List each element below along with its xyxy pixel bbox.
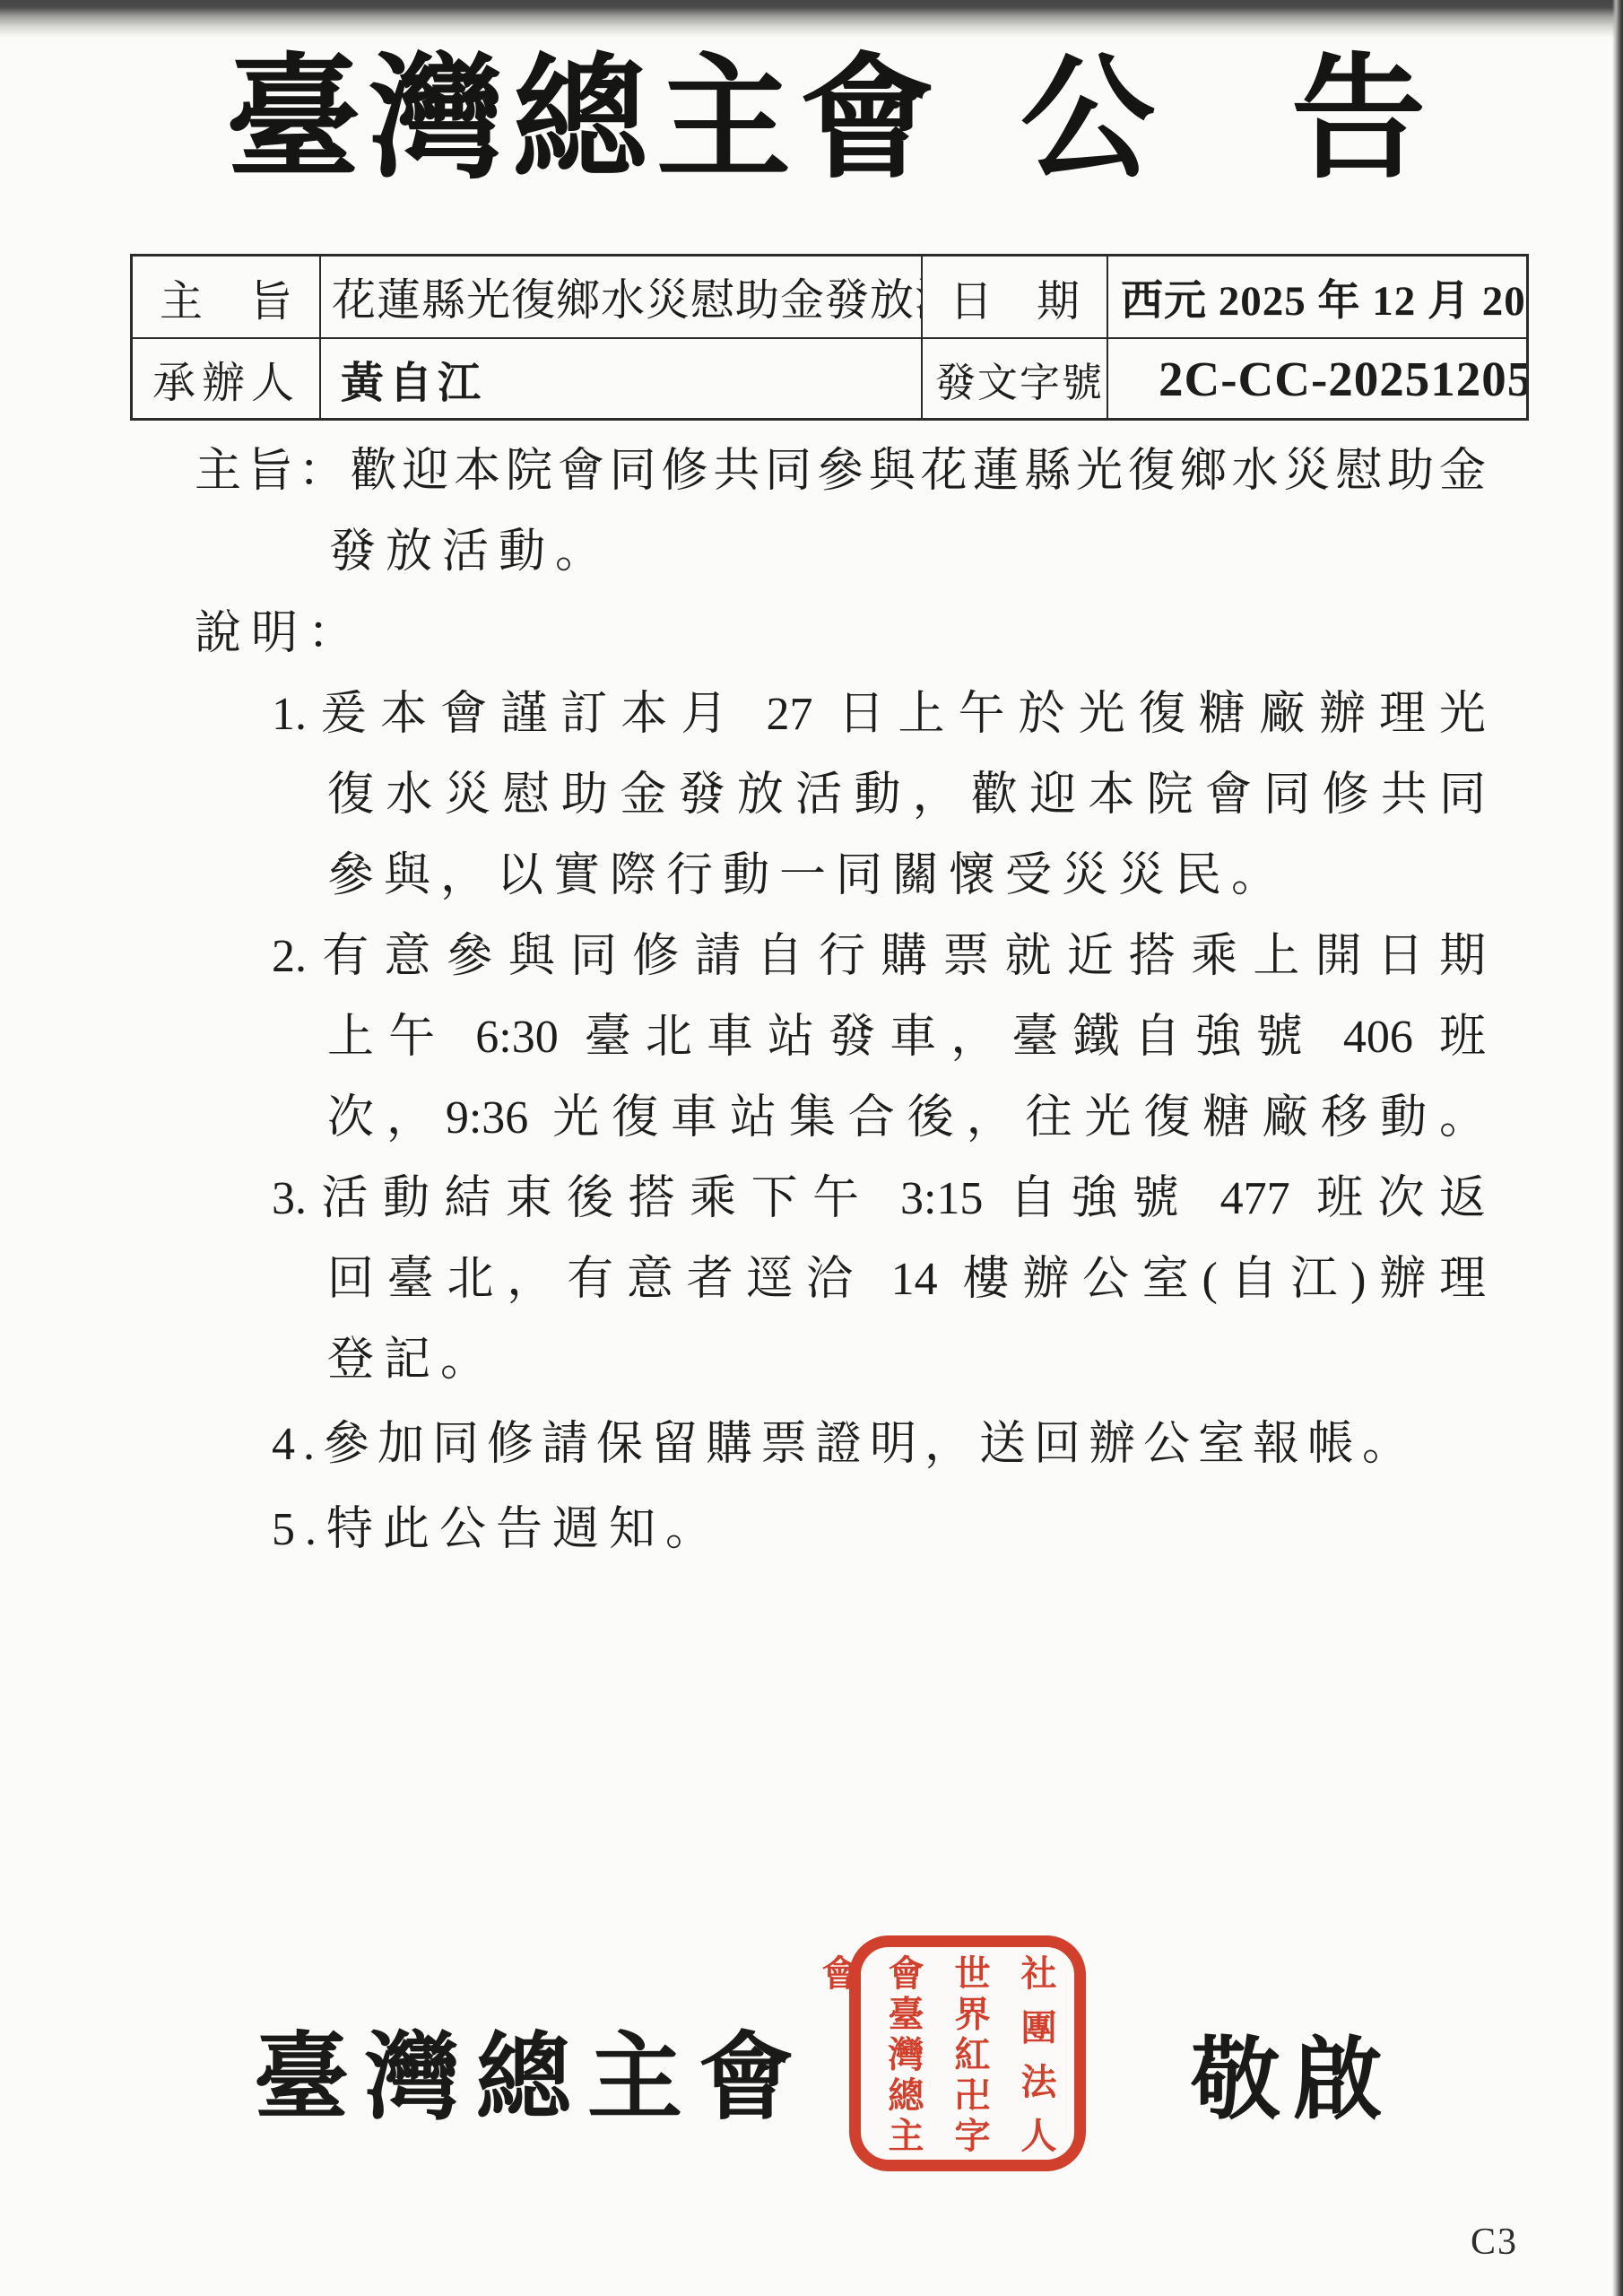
body-line: 3.活動結束後搭乘下午 3:15 自強號 477 班次返 (272, 1169, 1486, 1230)
subject-label-cell: 主 旨 (133, 257, 319, 337)
body-line: 4.參加同修請保留購票證明，送回辦公室報帳。 (272, 1414, 1417, 1475)
scan-edge-right (1612, 0, 1623, 2296)
document-info-table: 主 旨 花蓮縣光復鄉水災慰助金發放活動 日 期 西元 2025 年 12 月 2… (130, 254, 1529, 421)
handler-value-cell: 黃自江 (319, 337, 921, 418)
handler-label-cell: 承辦人 (133, 337, 319, 418)
date-value: 西元 2025 年 12 月 20 日 (1121, 267, 1526, 327)
ref-number-value: 2C-CC-202512052 (1159, 351, 1526, 407)
date-label-cell: 日 期 (921, 257, 1107, 337)
title-word-gong: 公 (1020, 39, 1155, 201)
ref-number-value-cell: 2C-CC-202512052 (1107, 337, 1526, 418)
document-title: 臺灣總主會 公 告 (226, 39, 1426, 201)
body-line: 上午 6:30 臺北車站發車，臺鐵自強號 406 班 (327, 1007, 1486, 1068)
body-line: 復水災慰助金發放活動，歡迎本院會同修共同 (327, 765, 1486, 826)
scan-edge-top (0, 0, 1623, 38)
signature-closing: 敬啟 (1191, 2007, 1395, 2136)
seal-column-left: 會臺灣總主會 (803, 1954, 936, 2152)
body-line: 5.特此公告週知。 (272, 1500, 722, 1561)
seal-column-middle: 世界紅卍字 (936, 1954, 1002, 2152)
title-org-name: 臺灣總主會 (226, 39, 943, 201)
handler-name: 黃自江 (341, 348, 486, 410)
date-label-char1: 日 (950, 266, 993, 328)
body-line: 次，9:36 光復車站集合後，往光復糖廠移動。 (327, 1088, 1486, 1149)
page-code: C3 (1471, 2221, 1518, 2264)
date-label-char2: 期 (1037, 266, 1080, 328)
seal-inscription: 社團法人 世界紅卍字 會臺灣總主會 (866, 1954, 1069, 2152)
body-line: 回臺北，有意者逕洽 14 樓辦公室(自江)辦理 (327, 1249, 1486, 1310)
seal-column-right: 社團法人 (1002, 1954, 1069, 2152)
ref-number-label: 發文字號 (935, 350, 1104, 408)
announcement-document: 臺灣總主會 公 告 主 旨 花蓮縣光復鄉水災慰助金發放活動 日 期 西元 202… (0, 0, 1623, 2296)
body-line: 參與，以實際行動一同關懷受災災民。 (327, 846, 1288, 907)
ref-number-label-cell: 發文字號 (921, 337, 1107, 418)
body-line: 2.有意參與同修請自行購票就近搭乘上開日期 (272, 926, 1486, 987)
subject-label-char1: 主 (160, 266, 203, 328)
body-line: 登記。 (327, 1330, 497, 1391)
handler-label: 承辦人 (152, 348, 300, 410)
body-line: 發放活動。 (329, 522, 612, 583)
body-line: 主旨：歡迎本院會同修共同參與花蓮縣光復鄉水災慰助金 (195, 441, 1486, 502)
subject-value: 花蓮縣光復鄉水災慰助金發放活動 (332, 265, 921, 328)
signature-org-name: 臺灣總主會 (254, 2002, 810, 2138)
body-line: 1.爰本會謹訂本月 27 日上午於光復糖廠辦理光 (272, 684, 1486, 745)
official-red-seal: 社團法人 世界紅卍字 會臺灣總主會 (849, 1935, 1086, 2171)
date-value-cell: 西元 2025 年 12 月 20 日 (1107, 257, 1526, 337)
subject-label-char2: 旨 (249, 266, 292, 328)
title-word-gao: 告 (1291, 39, 1426, 201)
body-section-label: 說明： (195, 604, 364, 665)
subject-value-cell: 花蓮縣光復鄉水災慰助金發放活動 (319, 257, 921, 337)
